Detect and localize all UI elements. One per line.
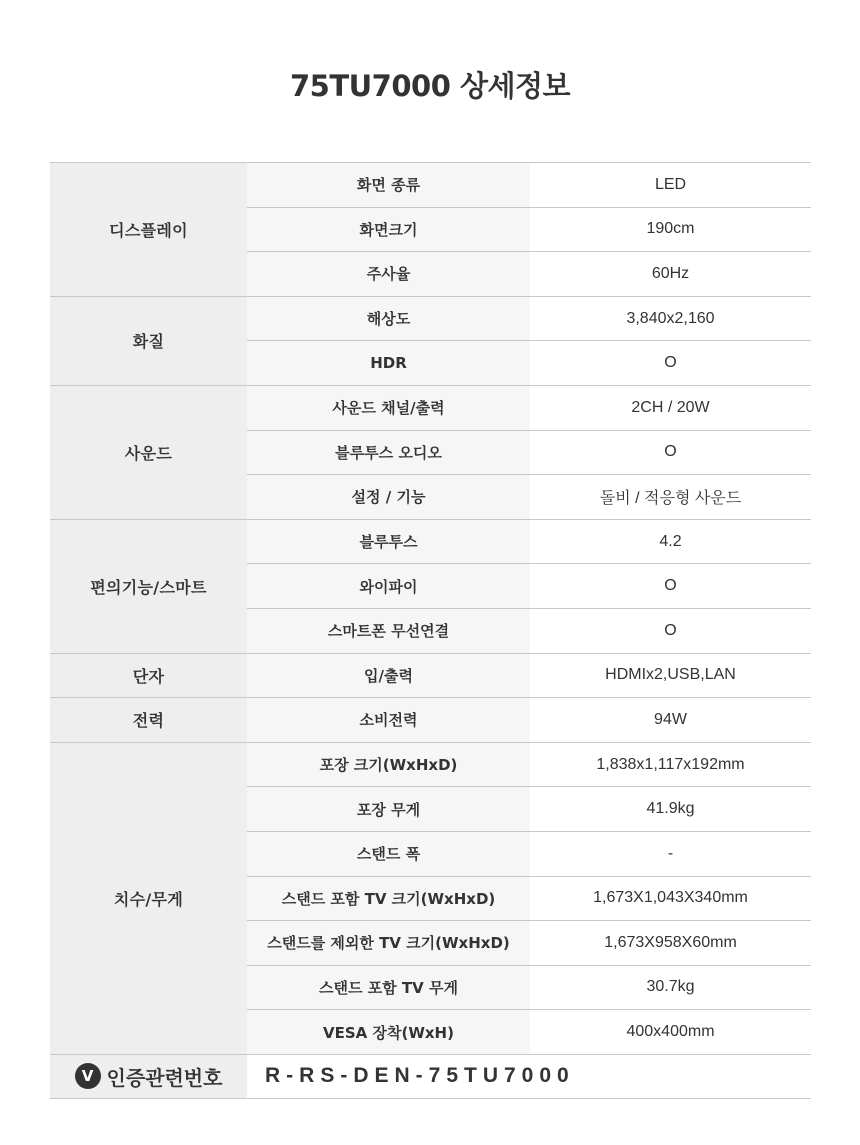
spec-label: 화면 종류 bbox=[247, 163, 530, 208]
spec-table: 디스플레이 화면 종류 LED 화면크기 190cm 주사율 60Hz 화질 해… bbox=[50, 162, 811, 1099]
spec-label: VESA 장착(WxH) bbox=[247, 1010, 530, 1055]
spec-label: 포장 크기(WxHxD) bbox=[247, 742, 530, 787]
spec-value: 41.9kg bbox=[530, 787, 811, 832]
spec-label: 포장 무게 bbox=[247, 787, 530, 832]
spec-label: 화면크기 bbox=[247, 207, 530, 252]
check-v-icon: V bbox=[75, 1063, 101, 1089]
spec-label: 블루투스 오디오 bbox=[247, 430, 530, 475]
spec-label: 입/출력 bbox=[247, 653, 530, 698]
spec-value: 190cm bbox=[530, 207, 811, 252]
category-power: 전력 bbox=[50, 698, 247, 743]
table-row: 디스플레이 화면 종류 LED bbox=[50, 163, 811, 208]
spec-label: 스탠드 포함 TV 크기(WxHxD) bbox=[247, 876, 530, 921]
spec-label: 사운드 채널/출력 bbox=[247, 385, 530, 430]
spec-label: 스마트폰 무선연결 bbox=[247, 608, 530, 653]
table-row: 전력 소비전력 94W bbox=[50, 698, 811, 743]
spec-label: 설정 / 기능 bbox=[247, 475, 530, 520]
table-row: 화질 해상도 3,840x2,160 bbox=[50, 296, 811, 341]
certification-number: R-RS-DEN-75TU7000 bbox=[247, 1054, 811, 1098]
spec-label: 스탠드 포함 TV 무게 bbox=[247, 965, 530, 1010]
spec-value: 60Hz bbox=[530, 252, 811, 297]
spec-value: 1,838x1,117x192mm bbox=[530, 742, 811, 787]
spec-value: 1,673X1,043X340mm bbox=[530, 876, 811, 921]
spec-value: O bbox=[530, 608, 811, 653]
category-dimensions: 치수/무게 bbox=[50, 742, 247, 1054]
category-ports: 단자 bbox=[50, 653, 247, 698]
spec-value: O bbox=[530, 430, 811, 475]
spec-value: 4.2 bbox=[530, 519, 811, 564]
spec-value: LED bbox=[530, 163, 811, 208]
spec-value: 2CH / 20W bbox=[530, 385, 811, 430]
category-smart: 편의기능/스마트 bbox=[50, 519, 247, 653]
spec-value: HDMIx2,USB,LAN bbox=[530, 653, 811, 698]
spec-label: 해상도 bbox=[247, 296, 530, 341]
spec-value: 3,840x2,160 bbox=[530, 296, 811, 341]
certification-category: V인증관련번호 bbox=[50, 1054, 247, 1098]
spec-label: HDR bbox=[247, 341, 530, 386]
certification-label: 인증관련번호 bbox=[107, 1066, 223, 1090]
spec-label: 스탠드 폭 bbox=[247, 831, 530, 876]
table-row: 단자 입/출력 HDMIx2,USB,LAN bbox=[50, 653, 811, 698]
category-picture: 화질 bbox=[50, 296, 247, 385]
category-sound: 사운드 bbox=[50, 385, 247, 519]
table-row: 사운드 사운드 채널/출력 2CH / 20W bbox=[50, 385, 811, 430]
spec-value: - bbox=[530, 831, 811, 876]
spec-label: 블루투스 bbox=[247, 519, 530, 564]
spec-label: 소비전력 bbox=[247, 698, 530, 743]
spec-label: 주사율 bbox=[247, 252, 530, 297]
spec-value: 94W bbox=[530, 698, 811, 743]
spec-label: 스탠드를 제외한 TV 크기(WxHxD) bbox=[247, 921, 530, 966]
spec-value: 30.7kg bbox=[530, 965, 811, 1010]
spec-label: 와이파이 bbox=[247, 564, 530, 609]
spec-value: 돌비 / 적응형 사운드 bbox=[530, 475, 811, 520]
category-display: 디스플레이 bbox=[50, 163, 247, 297]
table-row: 편의기능/스마트 블루투스 4.2 bbox=[50, 519, 811, 564]
page-title: 75TU7000 상세정보 bbox=[0, 64, 860, 105]
certification-row: V인증관련번호 R-RS-DEN-75TU7000 bbox=[50, 1054, 811, 1098]
spec-value: 1,673X958X60mm bbox=[530, 921, 811, 966]
spec-value: O bbox=[530, 564, 811, 609]
spec-value: 400x400mm bbox=[530, 1010, 811, 1055]
spec-value: O bbox=[530, 341, 811, 386]
table-row: 치수/무게 포장 크기(WxHxD) 1,838x1,117x192mm bbox=[50, 742, 811, 787]
